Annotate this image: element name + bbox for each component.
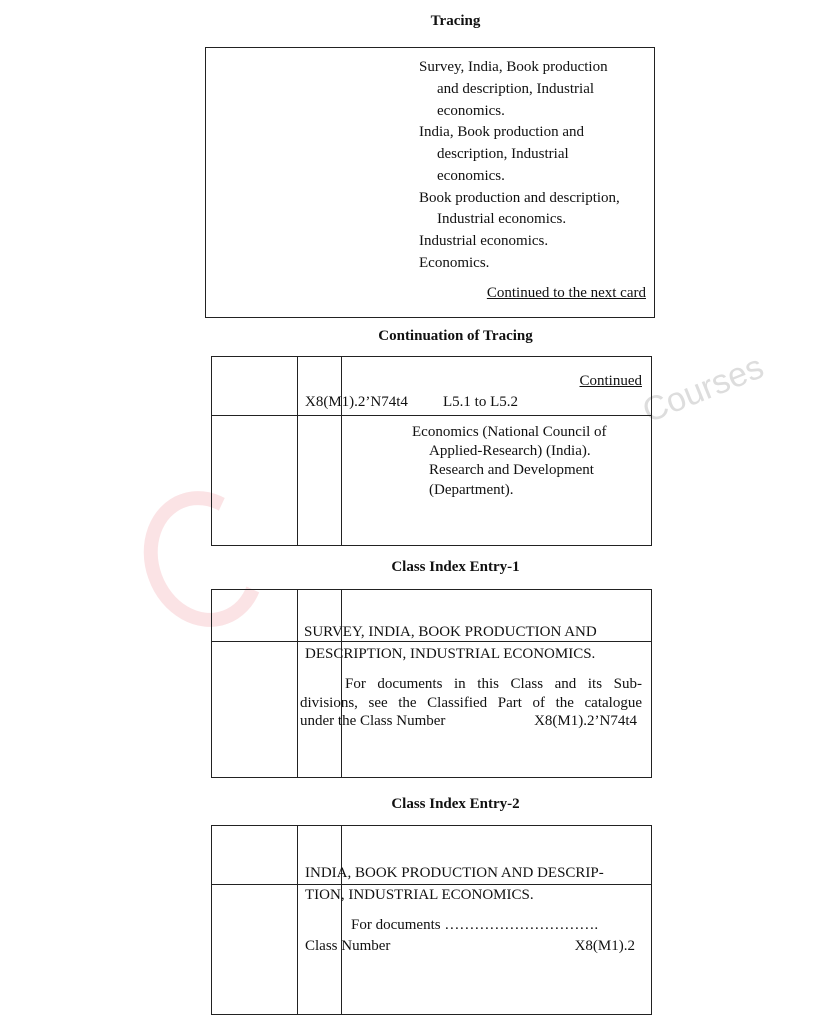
note-line: For documents in this Class and its Sub- (345, 677, 642, 692)
entry-line: (Department). (429, 483, 514, 498)
column-rule (341, 825, 342, 1015)
heading-line: SURVEY, INDIA, BOOK PRODUCTION AND (304, 625, 597, 640)
entry-line: Economics (National Council of (412, 425, 607, 440)
column-rule (341, 589, 342, 778)
note-line: For documents …………………………. (351, 918, 598, 933)
watermark-text: Courses (637, 348, 769, 432)
heading-line: INDIA, BOOK PRODUCTION AND DESCRIP- (305, 866, 604, 881)
tracing-title: Tracing (0, 13, 815, 30)
entry-line: Applied-Research) (India). (429, 444, 591, 459)
tracing-line: Industrial economics. (437, 212, 566, 227)
note-line: divisions, see the Classified Part of th… (300, 696, 642, 711)
tracing-line: Economics. (419, 256, 489, 271)
column-rule (297, 589, 298, 778)
row-rule (211, 415, 652, 416)
class-label: Class Number (305, 939, 390, 954)
tracing-line: Industrial economics. (419, 234, 548, 249)
column-rule (341, 356, 342, 546)
class-index-1-title: Class Index Entry-1 (0, 559, 815, 576)
tracing-line: description, Industrial (437, 147, 569, 162)
column-rule (297, 356, 298, 546)
heading-line: TION, INDUSTRIAL ECONOMICS. (305, 888, 534, 903)
heading-line: DESCRIPTION, INDUSTRIAL ECONOMICS. (305, 647, 595, 662)
tracing-line: Survey, India, Book production (419, 60, 608, 75)
tracing-line: economics. (437, 104, 505, 119)
note-line: under the Class Number (300, 714, 445, 729)
entry-line: Research and Development (429, 463, 594, 478)
continued-label: Continued (580, 374, 643, 389)
tracing-line: economics. (437, 169, 505, 184)
class-number: X8(M1).2’N74t4 (305, 395, 408, 410)
class-number: X8(M1).2 (575, 939, 635, 954)
continuation-title: Continuation of Tracing (0, 328, 815, 345)
row-rule (211, 641, 652, 642)
tracing-line: India, Book production and (419, 125, 584, 140)
tracing-line: and description, Industrial (437, 82, 594, 97)
range: L5.1 to L5.2 (443, 395, 518, 410)
column-rule (297, 825, 298, 1015)
tracing-line: Book production and description, (419, 191, 620, 206)
row-rule (211, 884, 652, 885)
class-index-2-title: Class Index Entry-2 (0, 796, 815, 813)
continued-note: Continued to the next card (487, 286, 646, 301)
class-number: X8(M1).2’N74t4 (534, 714, 637, 729)
